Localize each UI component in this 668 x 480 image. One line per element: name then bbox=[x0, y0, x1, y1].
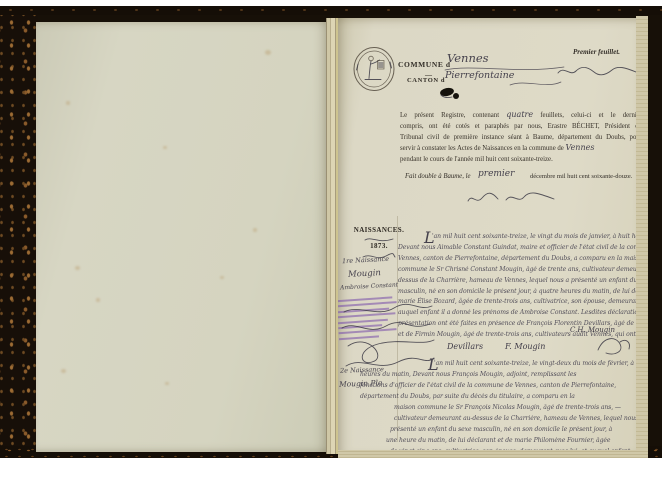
birth-entry-1: 'an mil huit cent soixante-treize, le vi… bbox=[398, 232, 636, 341]
birth-entry-2: 'an mil huit cent soixante-treize, le vi… bbox=[360, 358, 636, 452]
judge-signature-squiggle bbox=[466, 189, 562, 209]
book-gutter bbox=[326, 18, 338, 454]
revenue-stamp-icon bbox=[352, 46, 396, 92]
entry-line: masculin, né en son domicile le présent … bbox=[398, 287, 636, 298]
foxing-spot bbox=[66, 101, 70, 105]
preamble-paragraph: Le présent Registre, contenant quatre fe… bbox=[400, 110, 636, 166]
underline-flourish bbox=[508, 79, 564, 89]
handwritten-commune-name: Vennes bbox=[566, 143, 595, 152]
preamble-line: pendant le cours de l'année mil huit cen… bbox=[400, 155, 636, 166]
margin-note1-line: Ambroise Constant bbox=[340, 281, 399, 291]
entry-line: 'an mil huit cent soixante-treize, le vi… bbox=[398, 232, 636, 243]
entry-line: heures du matin, Devant nous François Mo… bbox=[360, 369, 636, 380]
fait-double-printed-end: décembre mil huit cent soixante-douze. bbox=[530, 173, 632, 180]
entry-line: marie Élise Bozard, âgée de trente-trois… bbox=[398, 297, 636, 308]
signature-devillars: Devillars bbox=[447, 342, 483, 351]
ink-blot bbox=[438, 86, 464, 102]
register-scan: COMMUNE d Vennes — CANTON d Pierrefontai… bbox=[0, 0, 668, 480]
fait-double-handwritten-date: premier bbox=[478, 169, 514, 179]
handwritten-quatre: quatre bbox=[506, 110, 533, 119]
preamble-line: compris, ont été cotés et paraphés par n… bbox=[400, 122, 636, 133]
entry-line: département du Doubs, par suite du décès… bbox=[360, 391, 636, 402]
book-cover: COMMUNE d Vennes — CANTON d Pierrefontai… bbox=[0, 6, 662, 458]
entry-line: 'an mil huit cent soixante-treize, le vi… bbox=[360, 358, 636, 369]
foxing-spot bbox=[165, 382, 169, 385]
margin-note1-line: Mougin bbox=[348, 268, 381, 280]
entry-line: cultivateur demeurant au-dessus de la Ch… bbox=[394, 413, 636, 424]
signature-f-mougin: F. Mougin bbox=[505, 342, 545, 351]
entry-line: Vennes, canton de Pierrefontaine, départ… bbox=[398, 254, 636, 265]
foxing-spot bbox=[265, 50, 271, 55]
folio-note: Premier feuillet. bbox=[573, 48, 620, 56]
fait-double-printed: Fait double à Baume, le bbox=[405, 173, 471, 180]
entry-line: dessus de la Charrière, hameau de Vennes… bbox=[398, 276, 636, 287]
page-block-edge bbox=[636, 16, 648, 456]
entry-line: présenté un enfant du sexe masculin, né … bbox=[390, 424, 636, 435]
handwritten-initials-squiggle bbox=[556, 63, 636, 79]
marbled-cover-edge bbox=[0, 6, 38, 458]
cover-top-edge bbox=[0, 6, 662, 15]
page-block-bottom-edge bbox=[338, 450, 648, 458]
foxing-spot bbox=[75, 266, 80, 270]
entry-line: une heure du matin, de lui déclarant et … bbox=[386, 435, 636, 446]
left-blank-page bbox=[36, 22, 326, 452]
entry-line: maison commune le Sr François Nicolas Mo… bbox=[394, 402, 636, 413]
preamble-line: Le présent Registre, contenant quatre fe… bbox=[400, 110, 636, 122]
mayor-paraph-squiggle bbox=[594, 334, 634, 358]
foxing-spot bbox=[163, 146, 167, 149]
foxing-spot bbox=[61, 369, 66, 373]
foxing-spot bbox=[253, 228, 257, 232]
commune-handwritten: Vennes bbox=[447, 51, 489, 65]
right-register-page: COMMUNE d Vennes — CANTON d Pierrefontai… bbox=[338, 18, 636, 452]
canton-handwritten: Pierrefontaine bbox=[445, 70, 514, 81]
entry-line: fonctions d'officier de l'état civil de … bbox=[360, 380, 636, 391]
margin-note1-line: 1re Naissance bbox=[342, 255, 389, 265]
canton-label: CANTON d bbox=[407, 77, 445, 84]
entry-line: commune le Sr Chrisné Constant Mougin, â… bbox=[398, 265, 636, 276]
signature-ch-mougin: C.H. Mougin bbox=[570, 326, 615, 334]
foxing-spot bbox=[220, 276, 224, 279]
preamble-line: Tribunal civil de première instance séan… bbox=[400, 133, 636, 144]
foxing-spot bbox=[96, 298, 100, 302]
preamble-line: servir à constater les Actes de Naissanc… bbox=[400, 143, 636, 155]
entry-line: Devant nous Aimable Constant Guindat, ma… bbox=[398, 243, 636, 254]
entry-line: auquel enfant il a donné les prénoms de … bbox=[398, 308, 636, 319]
